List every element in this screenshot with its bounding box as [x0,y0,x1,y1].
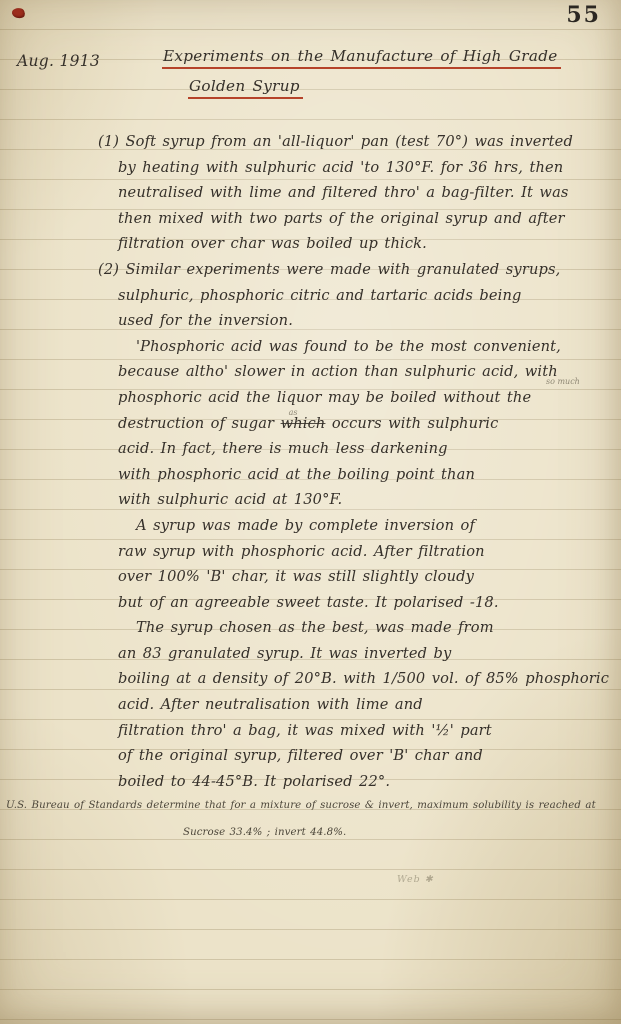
text-line: of the original syrup, filtered over 'B'… [118,743,595,769]
pencil-note-web: Web ✱ [397,874,434,885]
text-line: filtration thro' a bag, it was mixed wit… [118,718,595,744]
text-line: The syrup chosen as the best, was made f… [118,615,595,641]
title-line-2-wrap: Golden Syrup [188,76,561,99]
pencil-note-so-much: so much [546,378,580,386]
text-line: filtration over char was boiled up thick… [118,231,595,257]
text-line: phosphoric acid the liquor may be boiled… [118,385,595,411]
text-line: an 83 granulated syrup. It was inverted … [118,641,595,667]
text-line: with phosphoric acid at the boiling poin… [118,462,595,488]
text-line: sulphuric, phosphoric citric and tartari… [118,283,595,309]
struck-word-wrap: aswhich [281,415,326,432]
notebook-page: 55 Aug. 1913 Experiments on the Manufact… [0,0,621,1024]
text-line: boiled to 44-45°B. It polarised 22°. [118,769,595,795]
title-line-1: Experiments on the Manufacture of High G… [162,47,561,69]
footnote-line-2: Sucrose 33.4% ; invert 44.8%. [183,827,346,838]
text-line-segment: destruction of sugar [118,415,281,432]
text-line: then mixed with two parts of the origina… [118,206,595,232]
text-line: over 100% 'B' char, it was still slightl… [118,564,595,590]
page-number: 55 [566,2,601,28]
page-title: Experiments on the Manufacture of High G… [162,46,561,99]
text-line-segment: occurs with sulphuric [325,415,498,432]
text-line: used for the inversion. [118,308,595,334]
struck-word: which [281,415,326,432]
text-line: (2) Similar experiments were made with g… [118,257,595,283]
text-line: with sulphuric acid at 130°F. [118,487,595,513]
pencil-note-as: as [289,409,298,417]
text-line: acid. In fact, there is much less darken… [118,436,595,462]
wax-seal-mark [11,7,26,20]
text-line: raw syrup with phosphoric acid. After fi… [118,539,595,565]
text-line: acid. After neutralisation with lime and [118,692,595,718]
text-line: (1) Soft syrup from an 'all-liquor' pan … [118,129,595,155]
text-line: because altho' slower in action than sul… [118,359,595,385]
text-line: A syrup was made by complete inversion o… [118,513,595,539]
text-line: destruction of sugar aswhich occurs with… [118,411,595,437]
text-line: boiling at a density of 20°B. with 1/500… [118,666,595,692]
margin-date: Aug. 1913 [17,52,100,70]
text-line: but of an agreeable sweet taste. It pola… [118,590,595,616]
body-text: (1) Soft syrup from an 'all-liquor' pan … [118,129,595,794]
text-line: neutralised with lime and filtered thro'… [118,180,595,206]
text-line-segment: phosphoric acid the liquor may be boiled… [118,389,531,406]
footnote-line-1: U.S. Bureau of Standards determine that … [6,800,596,811]
title-line-2: Golden Syrup [188,77,303,99]
text-line: by heating with sulphuric acid 'to 130°F… [118,155,595,181]
text-line: 'Phosphoric acid was found to be the mos… [118,334,595,360]
